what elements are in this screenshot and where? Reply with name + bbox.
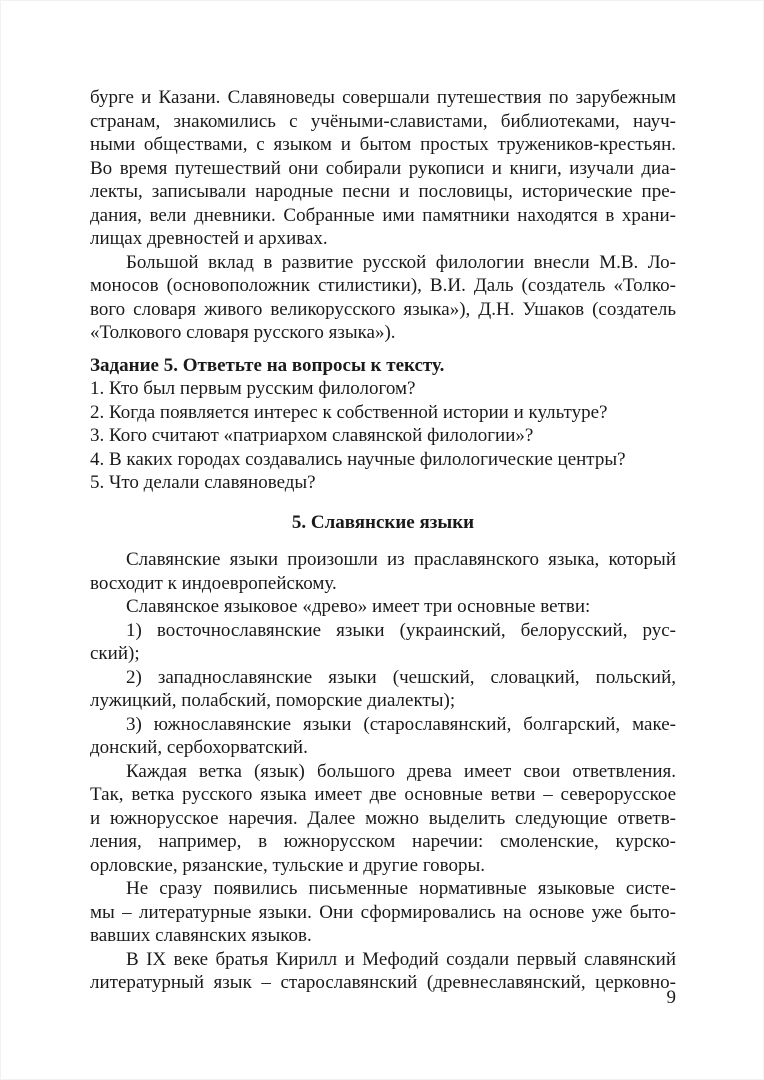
text-line: Славянские языки произошли из праславянс… xyxy=(90,548,676,572)
text-line: литературный язык – старославянский (дре… xyxy=(90,971,676,995)
question: 5. Что делали славяноведы? xyxy=(90,471,676,495)
paragraph: Славянские языки произошли из праславянс… xyxy=(90,548,676,595)
text-line: Большой вклад в развитие русской филолог… xyxy=(90,251,676,275)
text-line: дания, вели дневники. Собранные ими памя… xyxy=(90,204,676,228)
text-line: донский, сербохорватский. xyxy=(90,736,676,760)
text-line: 3) южнославянские языки (старославянский… xyxy=(90,713,676,737)
page-number: 9 xyxy=(667,986,677,1010)
task-heading: Задание 5. Ответьте на вопросы к тексту. xyxy=(90,354,676,378)
text-line: Славянское языковое «древо» имеет три ос… xyxy=(90,595,676,619)
text-line: орловские, рязанские, тульские и другие … xyxy=(90,854,676,878)
paragraph: 1) восточнославянские языки (украинский,… xyxy=(90,619,676,666)
paragraph: Каждая ветка (язык) большого древа имеет… xyxy=(90,760,676,878)
text-line: ления, например, в южнорусском наречии: … xyxy=(90,830,676,854)
text-line: Так, ветка русского языка имеет две осно… xyxy=(90,783,676,807)
text-line: странам, знакомились с учёными-славистам… xyxy=(90,110,676,134)
text-line: вого словаря живого великорусского языка… xyxy=(90,298,676,322)
text-line: Каждая ветка (язык) большого древа имеет… xyxy=(90,760,676,784)
paragraph: Славянское языковое «древо» имеет три ос… xyxy=(90,595,676,619)
text-line: бурге и Казани. Славяноведы совершали пу… xyxy=(90,86,676,110)
text-line: Во время путешествий они собирали рукопи… xyxy=(90,157,676,181)
paragraph: бурге и Казани. Славяноведы совершали пу… xyxy=(90,86,676,251)
text-line: лекты, записывали народные песни и посло… xyxy=(90,180,676,204)
section-heading: 5. Славянские языки xyxy=(90,511,676,535)
book-page: бурге и Казани. Славяноведы совершали пу… xyxy=(0,0,764,1080)
paragraph: Большой вклад в развитие русской филолог… xyxy=(90,251,676,345)
text-line: Не сразу появились письменные нормативны… xyxy=(90,877,676,901)
text-block: бурге и Казани. Славяноведы совершали пу… xyxy=(90,86,676,995)
text-line: и южнорусское наречия. Далее можно выдел… xyxy=(90,807,676,831)
text-line: моносов (основоположник стилистики), В.И… xyxy=(90,274,676,298)
text-line: восходит к индоевропейскому. xyxy=(90,572,676,596)
paragraph: 2) западнославянские языки (чешский, сло… xyxy=(90,666,676,713)
text-line: 1) восточнославянские языки (украинский,… xyxy=(90,619,676,643)
text-line: ными обществами, с языком и бытом просты… xyxy=(90,133,676,157)
question: 2. Когда появляется интерес к собственно… xyxy=(90,401,676,425)
text-line: лищах древностей и архивах. xyxy=(90,227,676,251)
text-line: В IX веке братья Кирилл и Мефодий создал… xyxy=(90,948,676,972)
question: 4. В каких городах создавались научные ф… xyxy=(90,448,676,472)
text-line: 2) западнославянские языки (чешский, сло… xyxy=(90,666,676,690)
text-line: «Толкового словаря русского языка»). xyxy=(90,321,676,345)
text-line: ский); xyxy=(90,642,676,666)
paragraph: Не сразу появились письменные нормативны… xyxy=(90,877,676,948)
question: 3. Кого считают «патриархом славянской ф… xyxy=(90,424,676,448)
paragraph: В IX веке братья Кирилл и Мефодий создал… xyxy=(90,948,676,995)
text-line: вавших славянских языков. xyxy=(90,924,676,948)
text-line: лужицкий, полабский, поморские диалекты)… xyxy=(90,689,676,713)
text-line: мы – литературные языки. Они сформировал… xyxy=(90,901,676,925)
question: 1. Кто был первым русским филологом? xyxy=(90,377,676,401)
paragraph: 3) южнославянские языки (старославянский… xyxy=(90,713,676,760)
